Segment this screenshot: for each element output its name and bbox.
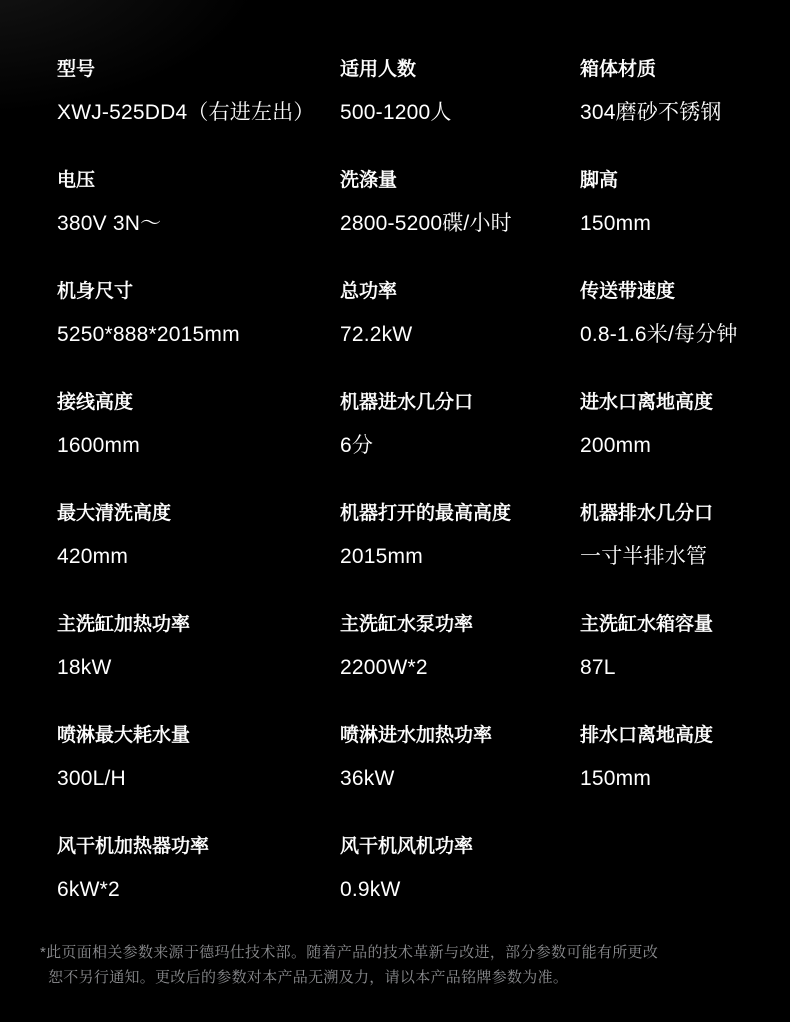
spec-value: 6分 <box>340 432 580 460</box>
spec-label: 风干机加热器功率 <box>57 834 340 860</box>
spec-item-drain-height: 排水口离地高度 150mm <box>580 723 782 793</box>
spec-value: 0.8-1.6米/每分钟 <box>580 321 782 349</box>
spec-item-voltage: 电压 380V 3N～ <box>57 168 340 238</box>
spec-item-model: 型号 XWJ-525DD4（右进左出） <box>57 57 340 127</box>
spec-value: XWJ-525DD4（右进左出） <box>57 99 340 127</box>
spec-label: 喷淋进水加热功率 <box>340 723 580 749</box>
spec-value: 2200W*2 <box>340 654 580 682</box>
spec-label: 喷淋最大耗水量 <box>57 723 340 749</box>
spec-value: 1600mm <box>57 432 340 460</box>
spec-label: 机器排水几分口 <box>580 501 782 527</box>
spec-value: 87L <box>580 654 782 682</box>
spec-value: 6kW*2 <box>57 876 340 904</box>
spec-value: 2015mm <box>340 543 580 571</box>
spec-item-max-open-height: 机器打开的最高高度 2015mm <box>340 501 580 571</box>
spec-cell-empty <box>580 834 782 904</box>
spec-label: 机身尺寸 <box>57 279 340 305</box>
spec-value: 2800-5200碟/小时 <box>340 210 580 238</box>
footer-disclaimer-line1: *此页面相关参数来源于德玛仕技术部。随着产品的技术革新与改进，部分参数可能有所更… <box>40 944 658 961</box>
spec-item-drain-size: 机器排水几分口 一寸半排水管 <box>580 501 782 571</box>
spec-label: 进水口离地高度 <box>580 390 782 416</box>
spec-item-body-dimensions: 机身尺寸 5250*888*2015mm <box>57 279 340 349</box>
spec-value: 200mm <box>580 432 782 460</box>
spec-label: 主洗缸水箱容量 <box>580 612 782 638</box>
spec-item-capacity-people: 适用人数 500-1200人 <box>340 57 580 127</box>
spec-item-dryer-fan-power: 风干机风机功率 0.9kW <box>340 834 580 904</box>
spec-item-main-tank-pump-power: 主洗缸水泵功率 2200W*2 <box>340 612 580 682</box>
spec-item-wash-volume: 洗涤量 2800-5200碟/小时 <box>340 168 580 238</box>
spec-item-foot-height: 脚高 150mm <box>580 168 782 238</box>
spec-value: 36kW <box>340 765 580 793</box>
spec-value: 0.9kW <box>340 876 580 904</box>
spec-value: 72.2kW <box>340 321 580 349</box>
spec-item-inlet-size: 机器进水几分口 6分 <box>340 390 580 460</box>
spec-value: 一寸半排水管 <box>580 543 782 571</box>
spec-item-main-tank-heating-power: 主洗缸加热功率 18kW <box>57 612 340 682</box>
spec-label: 总功率 <box>340 279 580 305</box>
spec-label: 适用人数 <box>340 57 580 83</box>
spec-item-inlet-height: 进水口离地高度 200mm <box>580 390 782 460</box>
spec-label: 机器打开的最高高度 <box>340 501 580 527</box>
spec-item-cabinet-material: 箱体材质 304磨砂不锈钢 <box>580 57 782 127</box>
spec-item-wiring-height: 接线高度 1600mm <box>57 390 340 460</box>
spec-label: 排水口离地高度 <box>580 723 782 749</box>
spec-grid: 型号 XWJ-525DD4（右进左出） 适用人数 500-1200人 箱体材质 … <box>0 0 790 904</box>
spec-value: 380V 3N～ <box>57 210 340 238</box>
spec-label: 脚高 <box>580 168 782 194</box>
spec-label: 箱体材质 <box>580 57 782 83</box>
spec-item-dryer-heater-power: 风干机加热器功率 6kW*2 <box>57 834 340 904</box>
footer-disclaimer: *此页面相关参数来源于德玛仕技术部。随着产品的技术革新与改进，部分参数可能有所更… <box>0 940 790 990</box>
spec-value: 18kW <box>57 654 340 682</box>
spec-item-main-tank-capacity: 主洗缸水箱容量 87L <box>580 612 782 682</box>
spec-item-rinse-heating-power: 喷淋进水加热功率 36kW <box>340 723 580 793</box>
spec-label: 电压 <box>57 168 340 194</box>
spec-value: 150mm <box>580 210 782 238</box>
spec-item-conveyor-speed: 传送带速度 0.8-1.6米/每分钟 <box>580 279 782 349</box>
spec-label: 机器进水几分口 <box>340 390 580 416</box>
spec-item-total-power: 总功率 72.2kW <box>340 279 580 349</box>
spec-label: 传送带速度 <box>580 279 782 305</box>
spec-value: 5250*888*2015mm <box>57 321 340 349</box>
spec-value: 150mm <box>580 765 782 793</box>
spec-label: 最大清洗高度 <box>57 501 340 527</box>
spec-label: 风干机风机功率 <box>340 834 580 860</box>
spec-label: 洗涤量 <box>340 168 580 194</box>
spec-label: 主洗缸加热功率 <box>57 612 340 638</box>
spec-label: 主洗缸水泵功率 <box>340 612 580 638</box>
spec-label: 接线高度 <box>57 390 340 416</box>
spec-value: 420mm <box>57 543 340 571</box>
spec-label: 型号 <box>57 57 340 83</box>
spec-value: 304磨砂不锈钢 <box>580 99 782 127</box>
footer-disclaimer-line2: 恕不另行通知。更改后的参数对本产品无溯及力，请以本产品铭牌参数为准。 <box>48 965 764 990</box>
spec-value: 300L/H <box>57 765 340 793</box>
spec-value: 500-1200人 <box>340 99 580 127</box>
spec-item-max-wash-height: 最大清洗高度 420mm <box>57 501 340 571</box>
spec-item-rinse-max-water-usage: 喷淋最大耗水量 300L/H <box>57 723 340 793</box>
